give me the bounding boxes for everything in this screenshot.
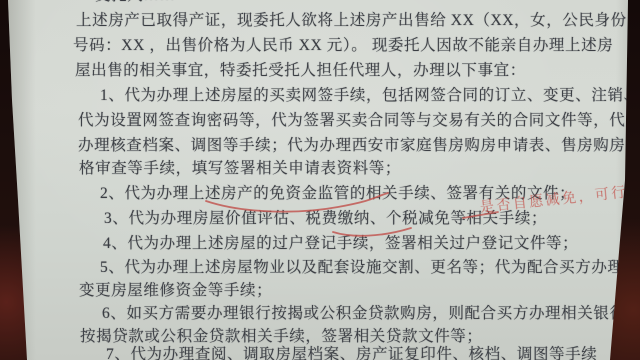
- document-line: 代为设置网签查询密码等，代为签署买卖合同等与交易有关的合同文件等，代为: [78, 111, 590, 131]
- document-line: 格审查等手续，填写签署相关申请表资料等；: [79, 159, 591, 179]
- document-line-item-7-clipped: 7、代为办理查阅、调取房屋档案、房产证复印件、核档、调图等手续: [82, 345, 618, 360]
- document-line: 上述房产已取得产证，现委托人欲将上述房产出售给 XX（XX，女，公民身份: [76, 11, 588, 31]
- document-photo: 受托人…… 上述房产已取得产证，现委托人欲将上述房产出售给 XX（XX，女，公民…: [0, 0, 640, 360]
- document-line-item-6: 6、如买方需要办理银行按揭或公积金贷款购房，则配合买方办理相关银行: [78, 304, 614, 324]
- document-line: 屋出售的相关事宜，特委托受托人担任代理人，办理以下事宜：: [75, 61, 587, 81]
- document-line: 按揭贷款或公积金贷款相关手续，签署相关贷款文件等；: [80, 327, 592, 347]
- document-line-item-5: 5、代为办理上述房屋物业以及配套设施交割、更名等；代为配合买方办理: [76, 258, 612, 278]
- document-line-item-4: 4、代为办理上述房屋的过户登记手续，签署相关过户登记文件等；: [79, 234, 615, 254]
- paper-sheet: 受托人…… 上述房产已取得产证，现委托人欲将上述房产出售给 XX（XX，女，公民…: [0, 0, 640, 360]
- document-line: 号码：XX ，出售价格为人民币 XX 元）。 现委托人因故不能亲自办理上述房: [73, 36, 585, 56]
- document-line: 办理核查档案、调图等手续；代为办理西安市家庭售房购房申请表、售房购房资: [78, 136, 590, 156]
- document-line-item-1: 1、代为办理上述房屋的买卖网签手续，包括网签合同的订立、变更、注销、: [76, 86, 612, 106]
- document-line: 变更房屋维修资金等手续；: [79, 281, 591, 301]
- document-line-item-3: 3、代为办理房屋价值评估、税费缴纳、个税减免等相关手续；: [80, 209, 616, 229]
- document-line-clipped-top: 受托人……: [95, 0, 607, 6]
